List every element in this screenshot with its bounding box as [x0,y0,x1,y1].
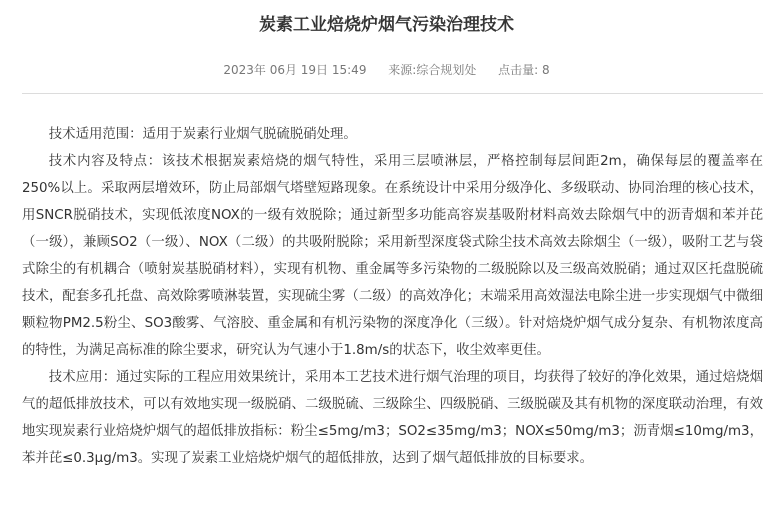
title-divider [22,93,763,94]
click-count: 点击量: 8 [498,61,550,79]
publish-date: 2023年 06月 19日 15:49 [223,61,366,79]
article-meta: 2023年 06月 19日 15:49 来源:综合规划处 点击量: 8 [0,61,773,79]
paragraph-application: 技术应用：通过实际的工程应用效果统计，采用本工艺技术进行烟气治理的项目，均获得了… [22,364,763,472]
article-source: 来源:综合规划处 [388,61,476,79]
article: 炭素工业焙烧炉烟气污染治理技术 2023年 06月 19日 15:49 来源:综… [0,0,773,526]
paragraph-features: 技术内容及特点：该技术根据炭素焙烧的烟气特性，采用三层喷淋层，严格控制每层间距2… [22,148,763,364]
paragraph-scope: 技术适用范围：适用于炭素行业烟气脱硫脱硝处理。 [22,121,763,148]
article-title: 炭素工业焙烧炉烟气污染治理技术 [0,13,773,37]
article-body: 技术适用范围：适用于炭素行业烟气脱硫脱硝处理。 技术内容及特点：该技术根据炭素焙… [22,121,763,472]
